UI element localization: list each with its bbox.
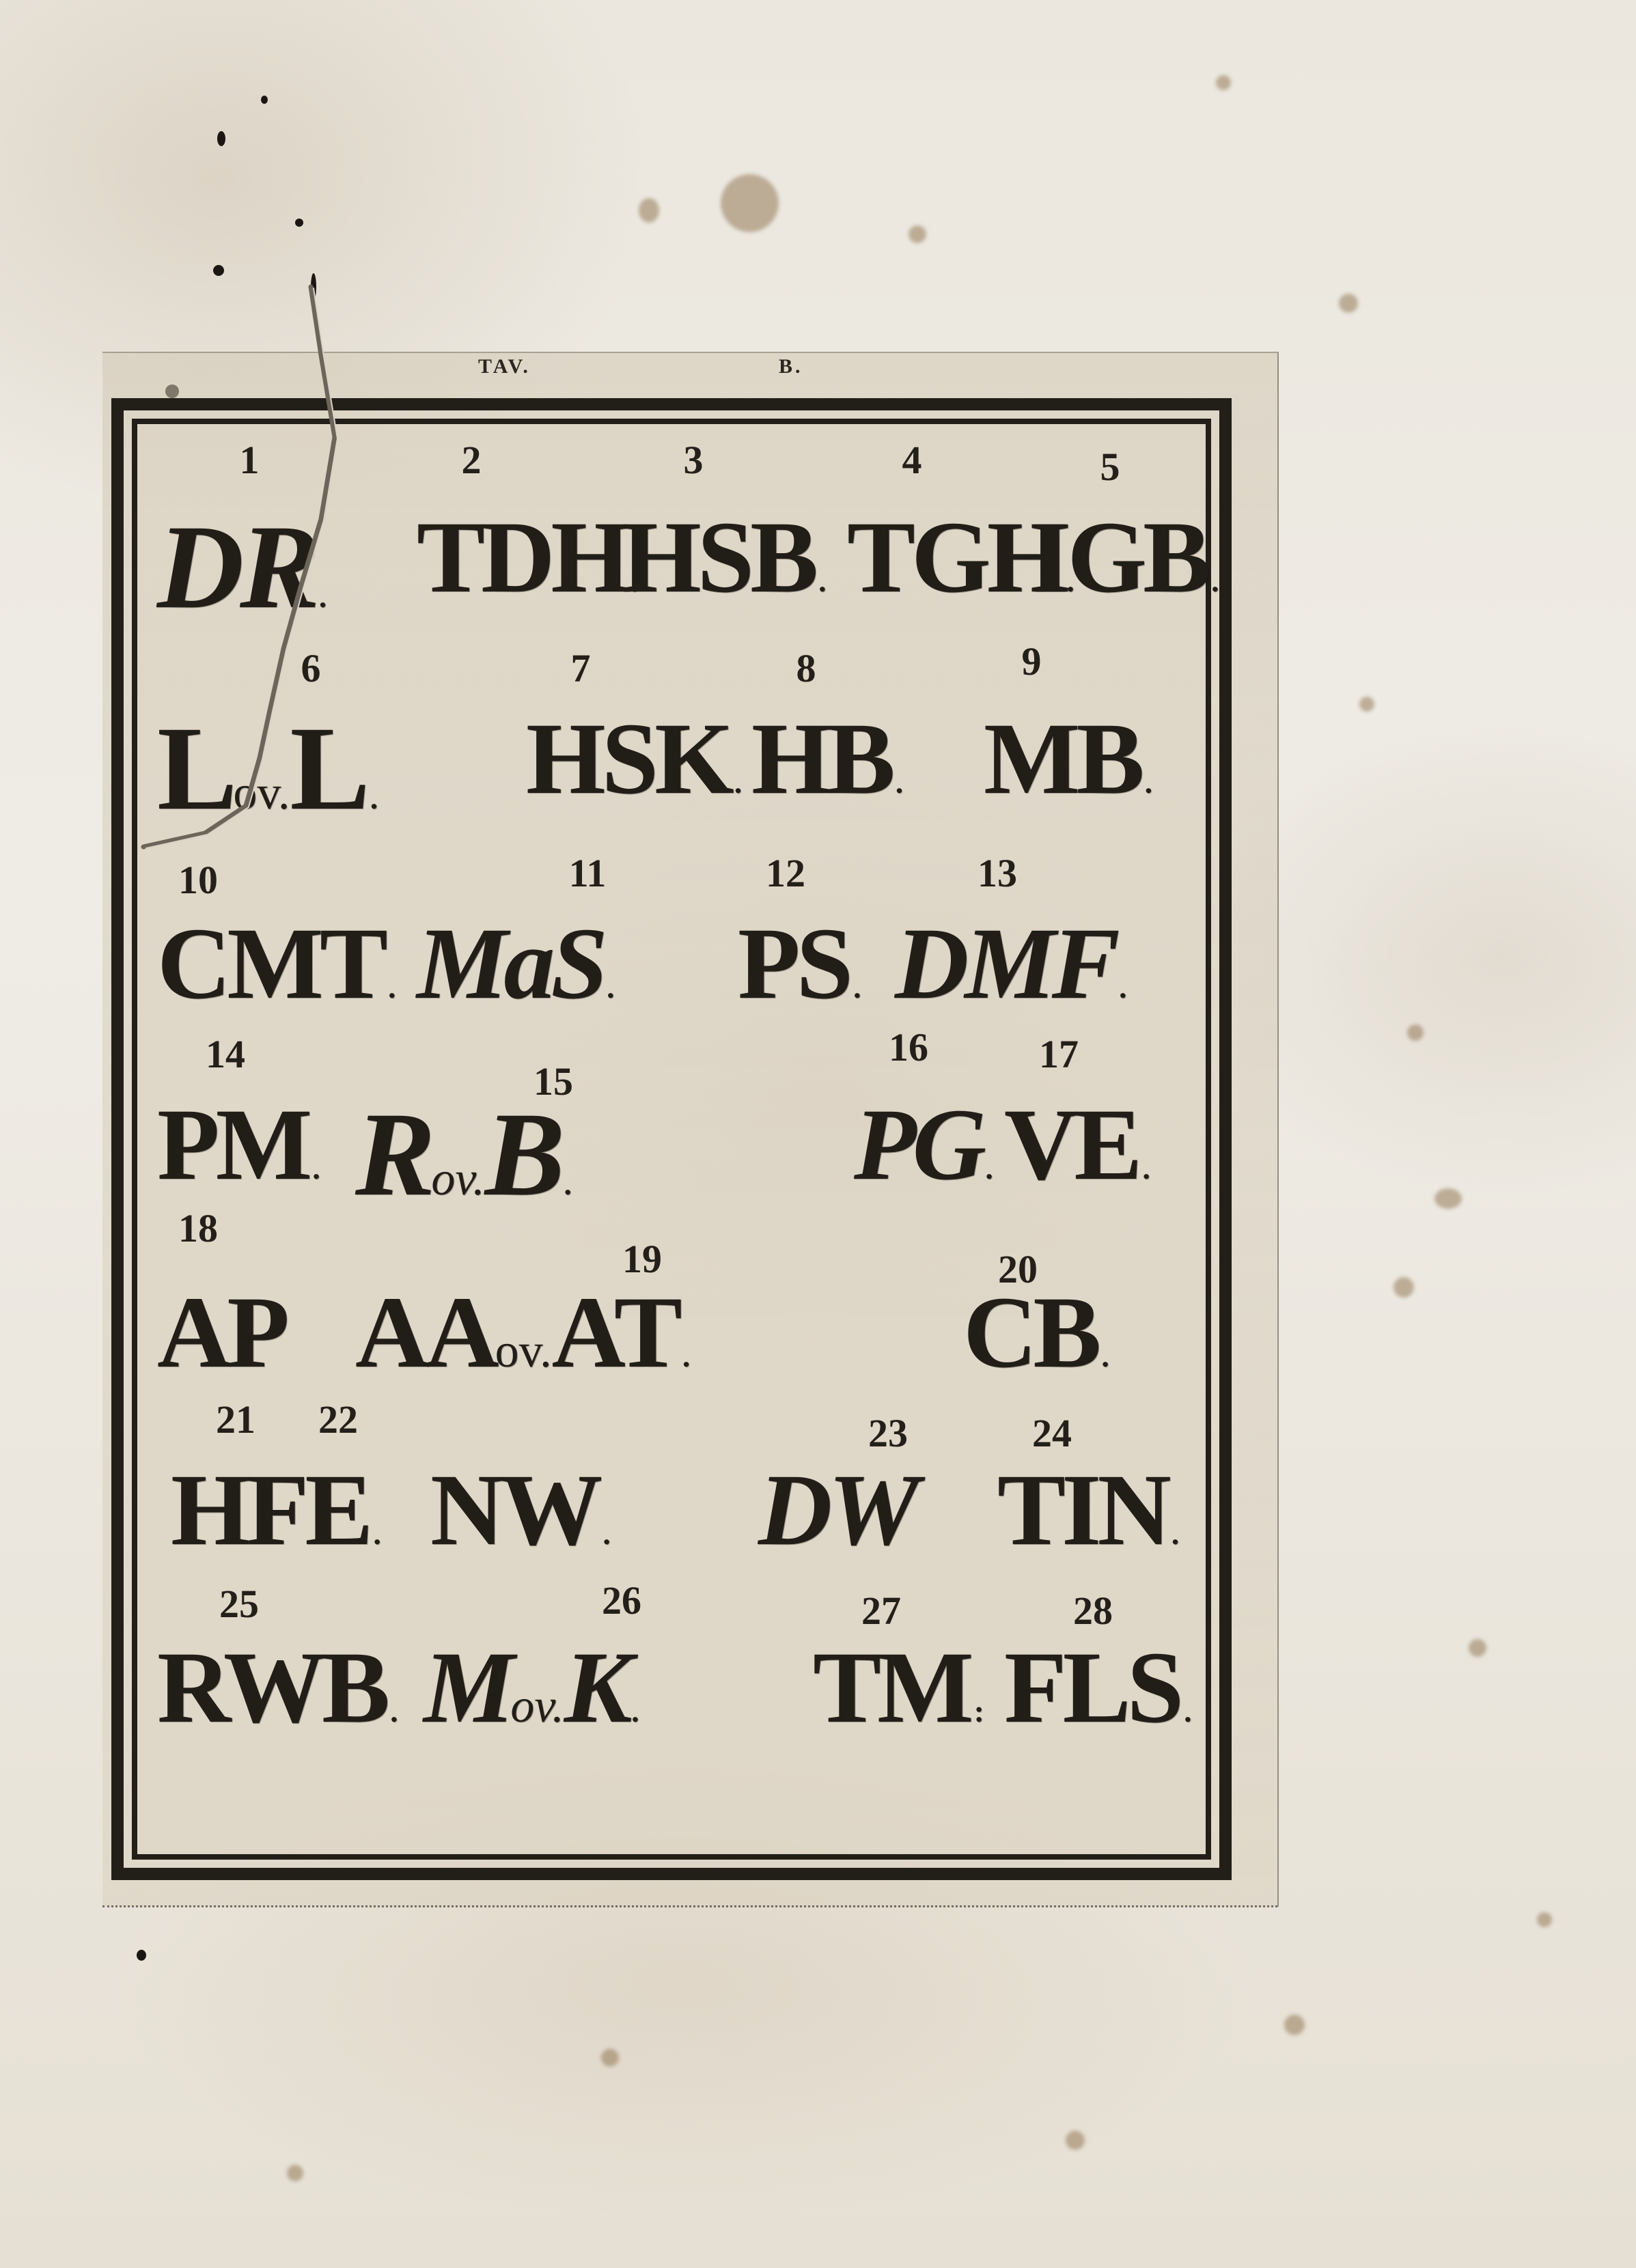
- wormhole: [295, 219, 303, 227]
- foxing-stain: [639, 198, 659, 223]
- entry-number: 13: [956, 850, 1038, 896]
- entry-number: 22: [297, 1397, 379, 1442]
- entry-number: 4: [871, 437, 953, 483]
- monogram: VE.: [1004, 1086, 1150, 1203]
- foxing-stain: [1066, 2131, 1085, 2150]
- monogram-row-5: 18 AP 19 AAov.AT. 20 CB.: [157, 1205, 1195, 1397]
- document-page: TAV. B. 1 DR. 2 TDH. 3 HSB. 4 TGH. 5 IGB…: [0, 0, 1636, 2268]
- entry-number: 16: [868, 1024, 949, 1070]
- entry-number: 21: [195, 1397, 277, 1442]
- foxing-stain: [601, 2049, 619, 2067]
- wormhole: [261, 96, 268, 104]
- monogram: Mov.K.: [424, 1629, 640, 1746]
- monogram: RWB.: [157, 1629, 398, 1746]
- monogram-row-1: 1 DR. 2 TDH. 3 HSB. 4 TGH. 5 IGB.: [157, 437, 1195, 628]
- entry-number: 24: [1011, 1410, 1093, 1456]
- foxing-stain: [1407, 1024, 1424, 1041]
- entry-number: 9: [990, 639, 1072, 684]
- entry-number: 2: [430, 437, 512, 483]
- monogram: DW: [758, 1451, 919, 1569]
- entry-number: 12: [745, 850, 827, 896]
- entry-number: 8: [765, 645, 847, 691]
- monogram: MaS.: [417, 905, 615, 1022]
- plate-bottom-edge: [102, 1905, 1277, 1909]
- monogram: TM:: [813, 1629, 984, 1746]
- entry-number: 1: [208, 437, 290, 483]
- monogram: PM.: [157, 1086, 320, 1203]
- entry-number: 28: [1052, 1588, 1134, 1634]
- wormhole: [217, 131, 225, 146]
- monogram: TIN.: [997, 1451, 1179, 1569]
- monogram: HSB.: [622, 499, 827, 616]
- plate-title-left: TAV.: [478, 355, 531, 378]
- monogram: CB.: [963, 1274, 1109, 1391]
- entry-number: 3: [652, 437, 734, 483]
- monogram: TDH.: [417, 499, 639, 616]
- entry-number: 17: [1018, 1031, 1100, 1077]
- entry-number: 6: [270, 645, 352, 691]
- entry-number: 7: [540, 645, 622, 691]
- entry-number: 5: [1069, 444, 1151, 490]
- monogram: DMF.: [895, 905, 1128, 1022]
- foxing-stain: [1394, 1277, 1414, 1298]
- monogram-row-3: 10 CMT. 11 MaS. 12 PS. 13 DMF.: [157, 850, 1195, 1041]
- monogram-row-2: 6 Lov.L. 7 HSK. 8 HB. 9 MB.: [157, 645, 1195, 837]
- foxing-stain: [1359, 697, 1374, 712]
- monogram: HB.: [751, 700, 903, 817]
- monogram: HFE.: [171, 1451, 381, 1569]
- monogram: PG.: [854, 1086, 994, 1203]
- foxing-stain: [1469, 1639, 1486, 1657]
- entry-number: 25: [198, 1581, 280, 1627]
- monogram: AAov.AT.: [355, 1274, 690, 1391]
- monogram-row-7: 25 RWB. 26 Mov.K. 27 TM: 28 FLS.: [157, 1574, 1195, 1765]
- entry-number: 23: [847, 1410, 929, 1456]
- entry-number: 26: [581, 1578, 663, 1623]
- foxing-stain: [1339, 294, 1358, 313]
- foxing-stain: [909, 225, 926, 243]
- wormhole: [311, 273, 316, 300]
- monogram: NW.: [430, 1451, 611, 1569]
- foxing-stain: [287, 2165, 303, 2181]
- wormhole: [137, 1950, 146, 1961]
- entry-number: 18: [157, 1205, 239, 1251]
- monogram: MB.: [984, 700, 1152, 817]
- foxing-stain: [1537, 1912, 1552, 1927]
- foxing-stain: [1434, 1188, 1462, 1209]
- monogram: CMT.: [157, 905, 396, 1022]
- foxing-stain: [1216, 75, 1231, 90]
- monogram: IGB.: [1031, 499, 1219, 616]
- monogram: DR.: [157, 499, 328, 636]
- plate-title-right: B.: [779, 355, 803, 378]
- monogram: FLS.: [1004, 1629, 1192, 1746]
- entry-number: 14: [184, 1031, 266, 1077]
- monogram-row-4: 14 PM. 15 Rov.B. 16 PG. 17 VE.: [157, 1031, 1195, 1222]
- monogram: HSK.: [526, 700, 742, 817]
- entry-number: 27: [840, 1588, 922, 1634]
- monogram-row-6: 21 HFE. 22 NW. 23 DW 24 TIN.: [157, 1397, 1195, 1588]
- foxing-stain: [1284, 2015, 1305, 2035]
- monogram: Rov.B.: [355, 1086, 573, 1224]
- entry-number: 10: [157, 857, 239, 903]
- monogram: AP: [157, 1274, 290, 1391]
- monogram: PS.: [738, 905, 861, 1022]
- wormhole: [213, 265, 224, 276]
- monogram: Lov.L.: [157, 700, 378, 838]
- entry-number: 11: [546, 850, 628, 896]
- foxing-stain: [721, 174, 779, 232]
